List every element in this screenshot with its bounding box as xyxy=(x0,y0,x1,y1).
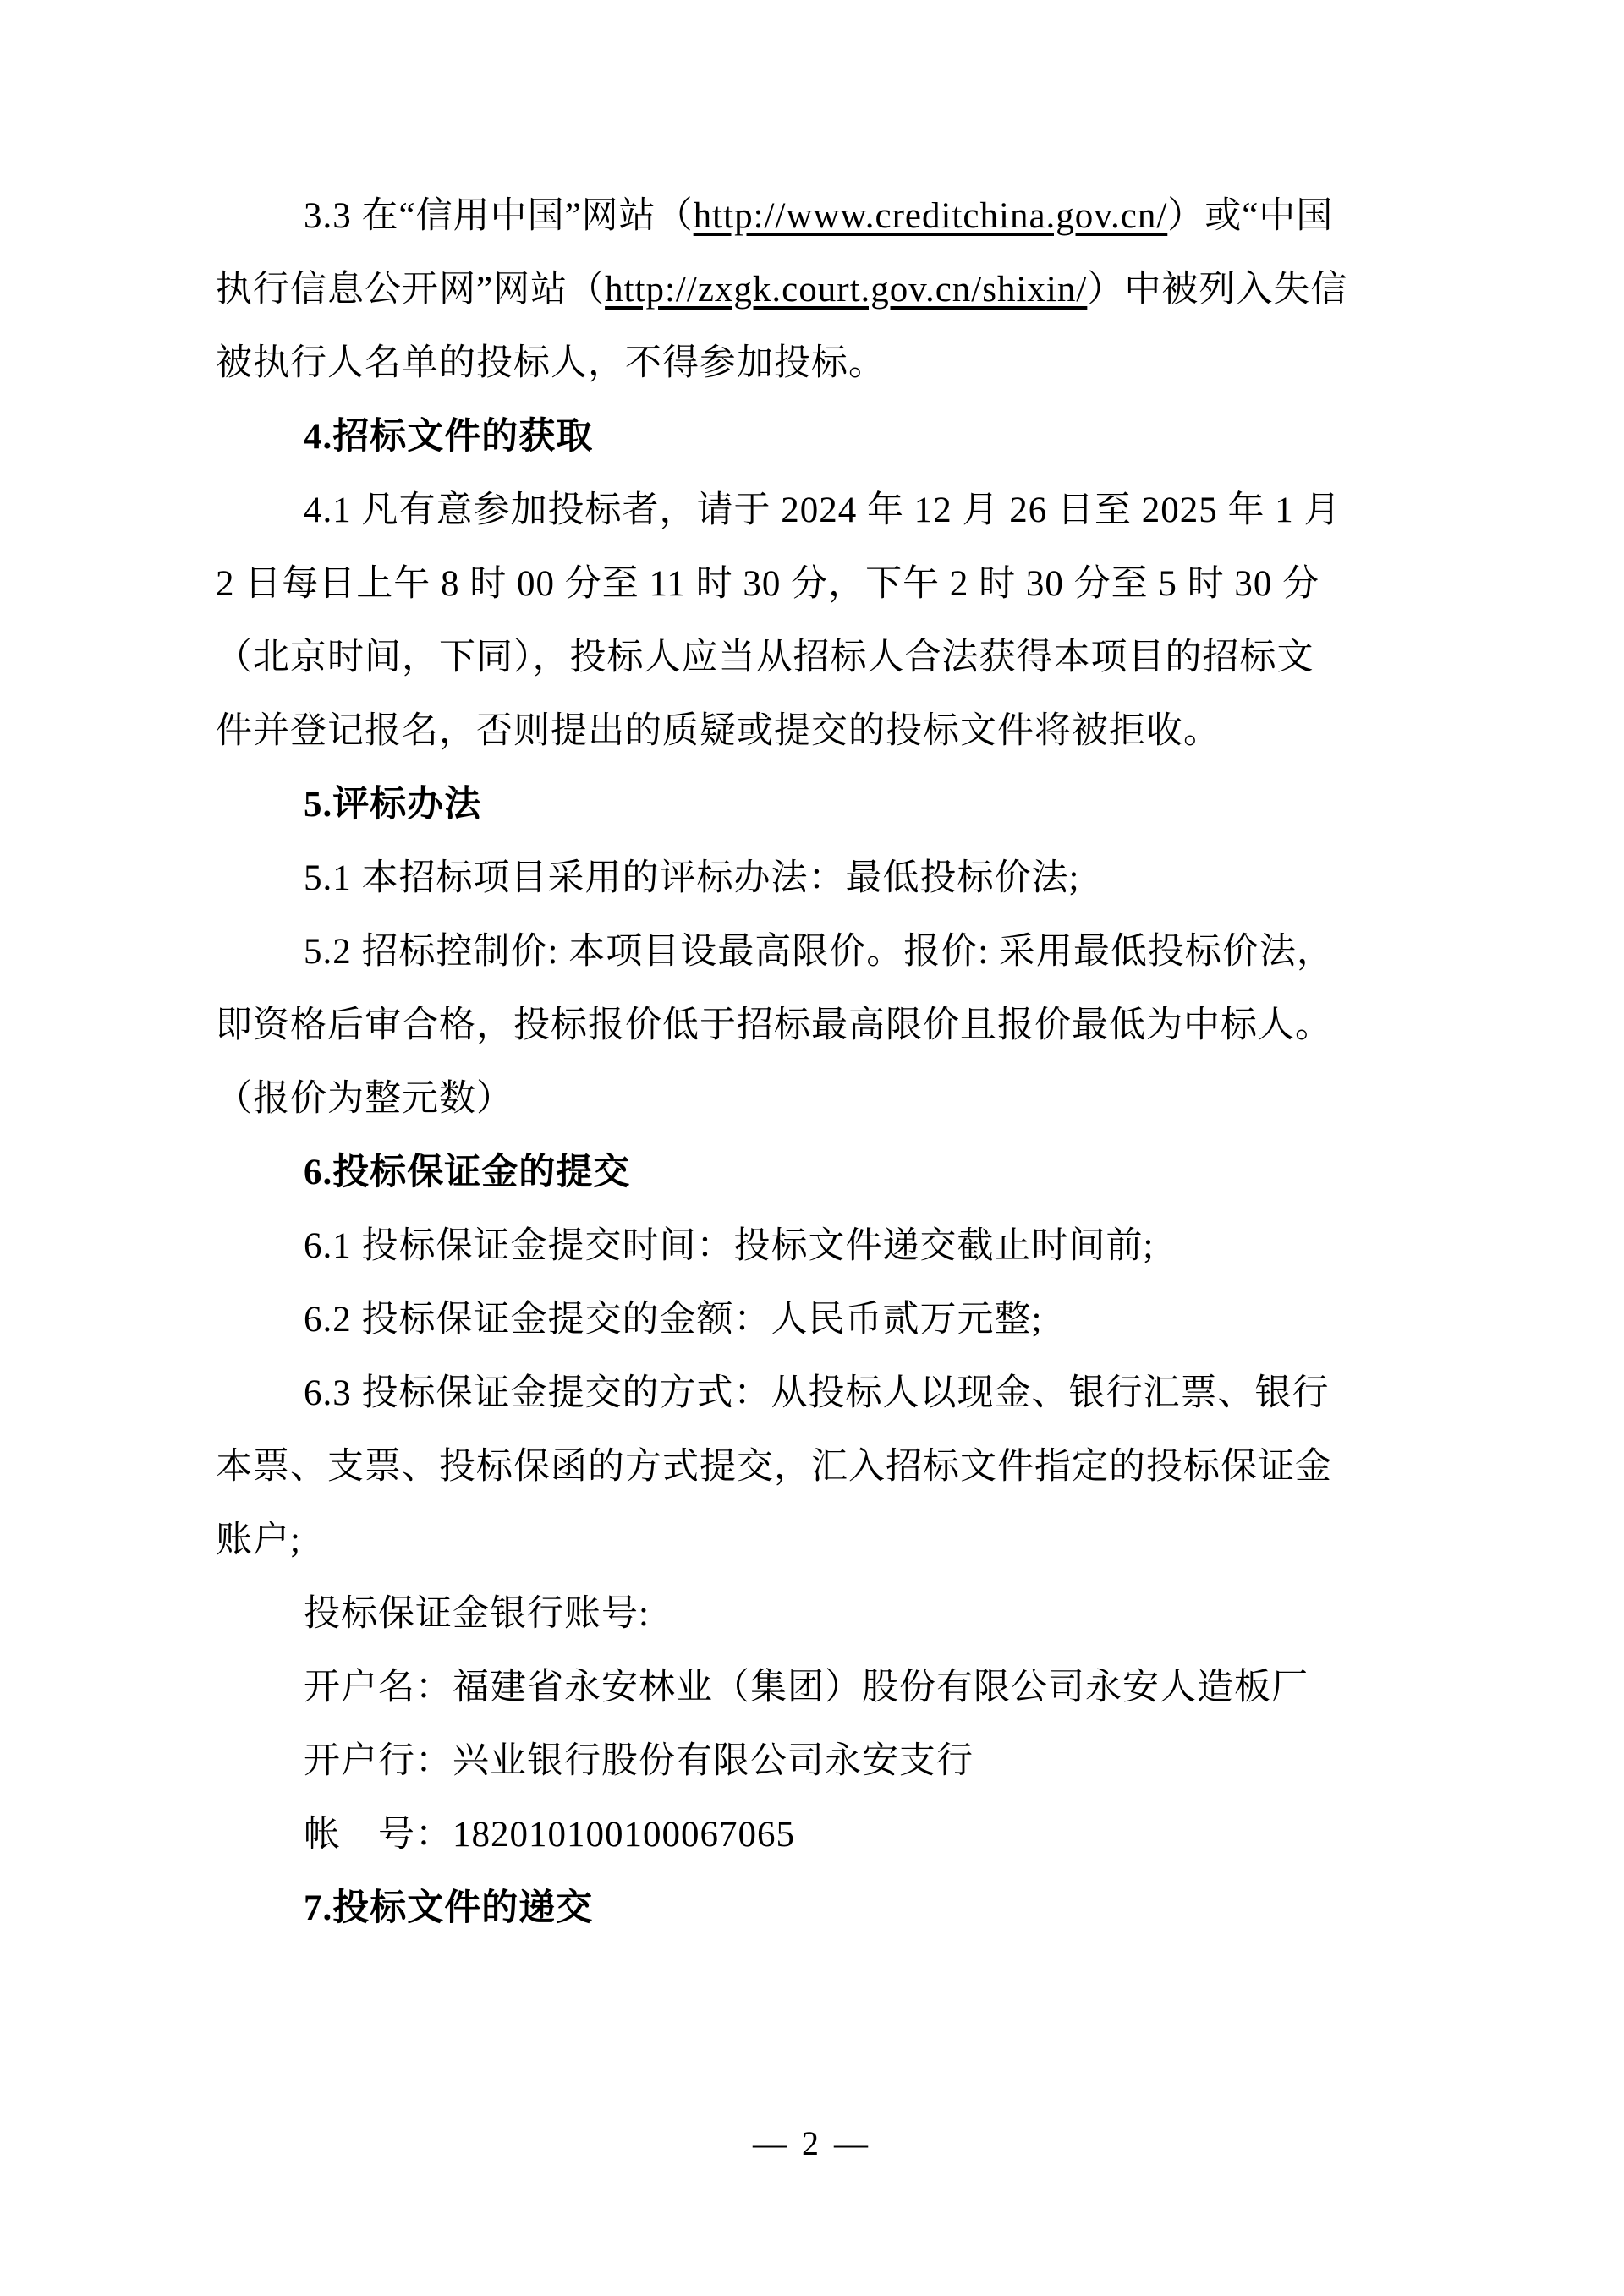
text-segment: 5.2 招标控制价: 本项目设最高限价。报价: 采用最低投标价法， xyxy=(304,932,1334,972)
hyperlink-url[interactable]: http://zxgk.court.gov.cn/shixin/ xyxy=(605,270,1087,310)
text-segment: ）中被列入失信 xyxy=(1087,270,1347,310)
text-line: 4.1 凡有意参加投标者，请于 2024 年 12 月 26 日至 2025 年… xyxy=(216,474,1510,547)
text-segment: 本票、支票、投标保函的方式提交，汇入招标文件指定的投标保证金 xyxy=(216,1447,1332,1487)
text-line: 5.1 本招标项目采用的评标办法：最低投标价法; xyxy=(216,841,1510,915)
text-segment: 6.投标保证金的提交 xyxy=(304,1153,630,1192)
text-segment: 2 日每日上午 8 时 00 分至 11 时 30 分，下午 2 时 30 分至… xyxy=(216,564,1319,604)
text-line: 6.1 投标保证金提交时间：投标文件递交截止时间前; xyxy=(216,1209,1510,1283)
text-segment: 账户; xyxy=(216,1521,301,1560)
text-line: （北京时间，下同），投标人应当从招标人合法获得本项目的招标文 xyxy=(216,621,1510,694)
section-heading: 5.评标办法 xyxy=(216,768,1510,841)
text-segment: 4.招标文件的获取 xyxy=(304,417,593,457)
text-segment: 帐 号：182010100100067065 xyxy=(304,1815,795,1855)
text-segment: 4.1 凡有意参加投标者，请于 2024 年 12 月 26 日至 2025 年… xyxy=(304,490,1341,530)
text-segment: 6.1 投标保证金提交时间：投标文件递交截止时间前; xyxy=(304,1226,1154,1266)
text-line: 本票、支票、投标保函的方式提交，汇入招标文件指定的投标保证金 xyxy=(216,1430,1510,1504)
text-line: 6.3 投标保证金提交的方式：从投标人以现金、银行汇票、银行 xyxy=(216,1356,1510,1430)
text-segment: 执行信息公开网”网站（ xyxy=(216,270,605,310)
text-segment: 开户名：福建省永安林业（集团）股份有限公司永安人造板厂 xyxy=(304,1668,1309,1707)
text-segment: 6.2 投标保证金提交的金额：人民币贰万元整; xyxy=(304,1300,1042,1340)
text-line: 6.2 投标保证金提交的金额：人民币贰万元整; xyxy=(216,1283,1510,1356)
section-heading: 6.投标保证金的提交 xyxy=(216,1136,1510,1209)
text-segment: 5.评标办法 xyxy=(304,785,481,825)
text-segment: 6.3 投标保证金提交的方式：从投标人以现金、银行汇票、银行 xyxy=(304,1373,1330,1413)
text-segment: 开户行：兴业银行股份有限公司永安支行 xyxy=(304,1741,974,1781)
text-segment: 5.1 本招标项目采用的评标办法：最低投标价法; xyxy=(304,858,1079,898)
text-segment: 件并登记报名，否则提出的质疑或提交的投标文件将被拒收。 xyxy=(216,711,1221,751)
text-line: 即资格后审合格，投标报价低于招标最高限价且报价最低为中标人。 xyxy=(216,989,1510,1062)
text-segment: （报价为整元数） xyxy=(216,1079,513,1119)
text-segment: （北京时间，下同），投标人应当从招标人合法获得本项目的招标文 xyxy=(216,638,1314,677)
text-line: 开户行：兴业银行股份有限公司永安支行 xyxy=(216,1724,1510,1798)
text-segment: 7.投标文件的递交 xyxy=(304,1888,593,1928)
document-page: 3.3 在“信用中国”网站（http://www.creditchina.gov… xyxy=(0,0,1624,2296)
text-segment: 被执行人名单的投标人，不得参加投标。 xyxy=(216,343,886,383)
section-heading: 4.招标文件的获取 xyxy=(216,400,1510,474)
text-segment: ）或“中国 xyxy=(1167,196,1333,236)
text-segment: 即资格后审合格，投标报价低于招标最高限价且报价最低为中标人。 xyxy=(216,1006,1332,1045)
hyperlink-url[interactable]: http://www.creditchina.gov.cn/ xyxy=(694,196,1168,236)
text-segment: 投标保证金银行账号: xyxy=(304,1594,650,1634)
text-line: 5.2 招标控制价: 本项目设最高限价。报价: 采用最低投标价法， xyxy=(216,915,1510,989)
text-line: 3.3 在“信用中国”网站（http://www.creditchina.gov… xyxy=(216,179,1510,253)
section-heading: 7.投标文件的递交 xyxy=(216,1871,1510,1945)
text-line: 帐 号：182010100100067065 xyxy=(216,1798,1510,1871)
text-line: 被执行人名单的投标人，不得参加投标。 xyxy=(216,326,1510,400)
text-segment: 3.3 在“信用中国”网站（ xyxy=(304,196,694,236)
text-line: （报价为整元数） xyxy=(216,1062,1510,1136)
text-line: 执行信息公开网”网站（http://zxgk.court.gov.cn/shix… xyxy=(216,253,1510,326)
page-number: — 2 — xyxy=(0,2118,1624,2169)
document-body: 3.3 在“信用中国”网站（http://www.creditchina.gov… xyxy=(216,179,1510,1945)
text-line: 件并登记报名，否则提出的质疑或提交的投标文件将被拒收。 xyxy=(216,694,1510,768)
text-line: 开户名：福建省永安林业（集团）股份有限公司永安人造板厂 xyxy=(216,1651,1510,1724)
text-line: 账户; xyxy=(216,1504,1510,1577)
text-line: 投标保证金银行账号: xyxy=(216,1577,1510,1651)
text-line: 2 日每日上午 8 时 00 分至 11 时 30 分，下午 2 时 30 分至… xyxy=(216,547,1510,621)
